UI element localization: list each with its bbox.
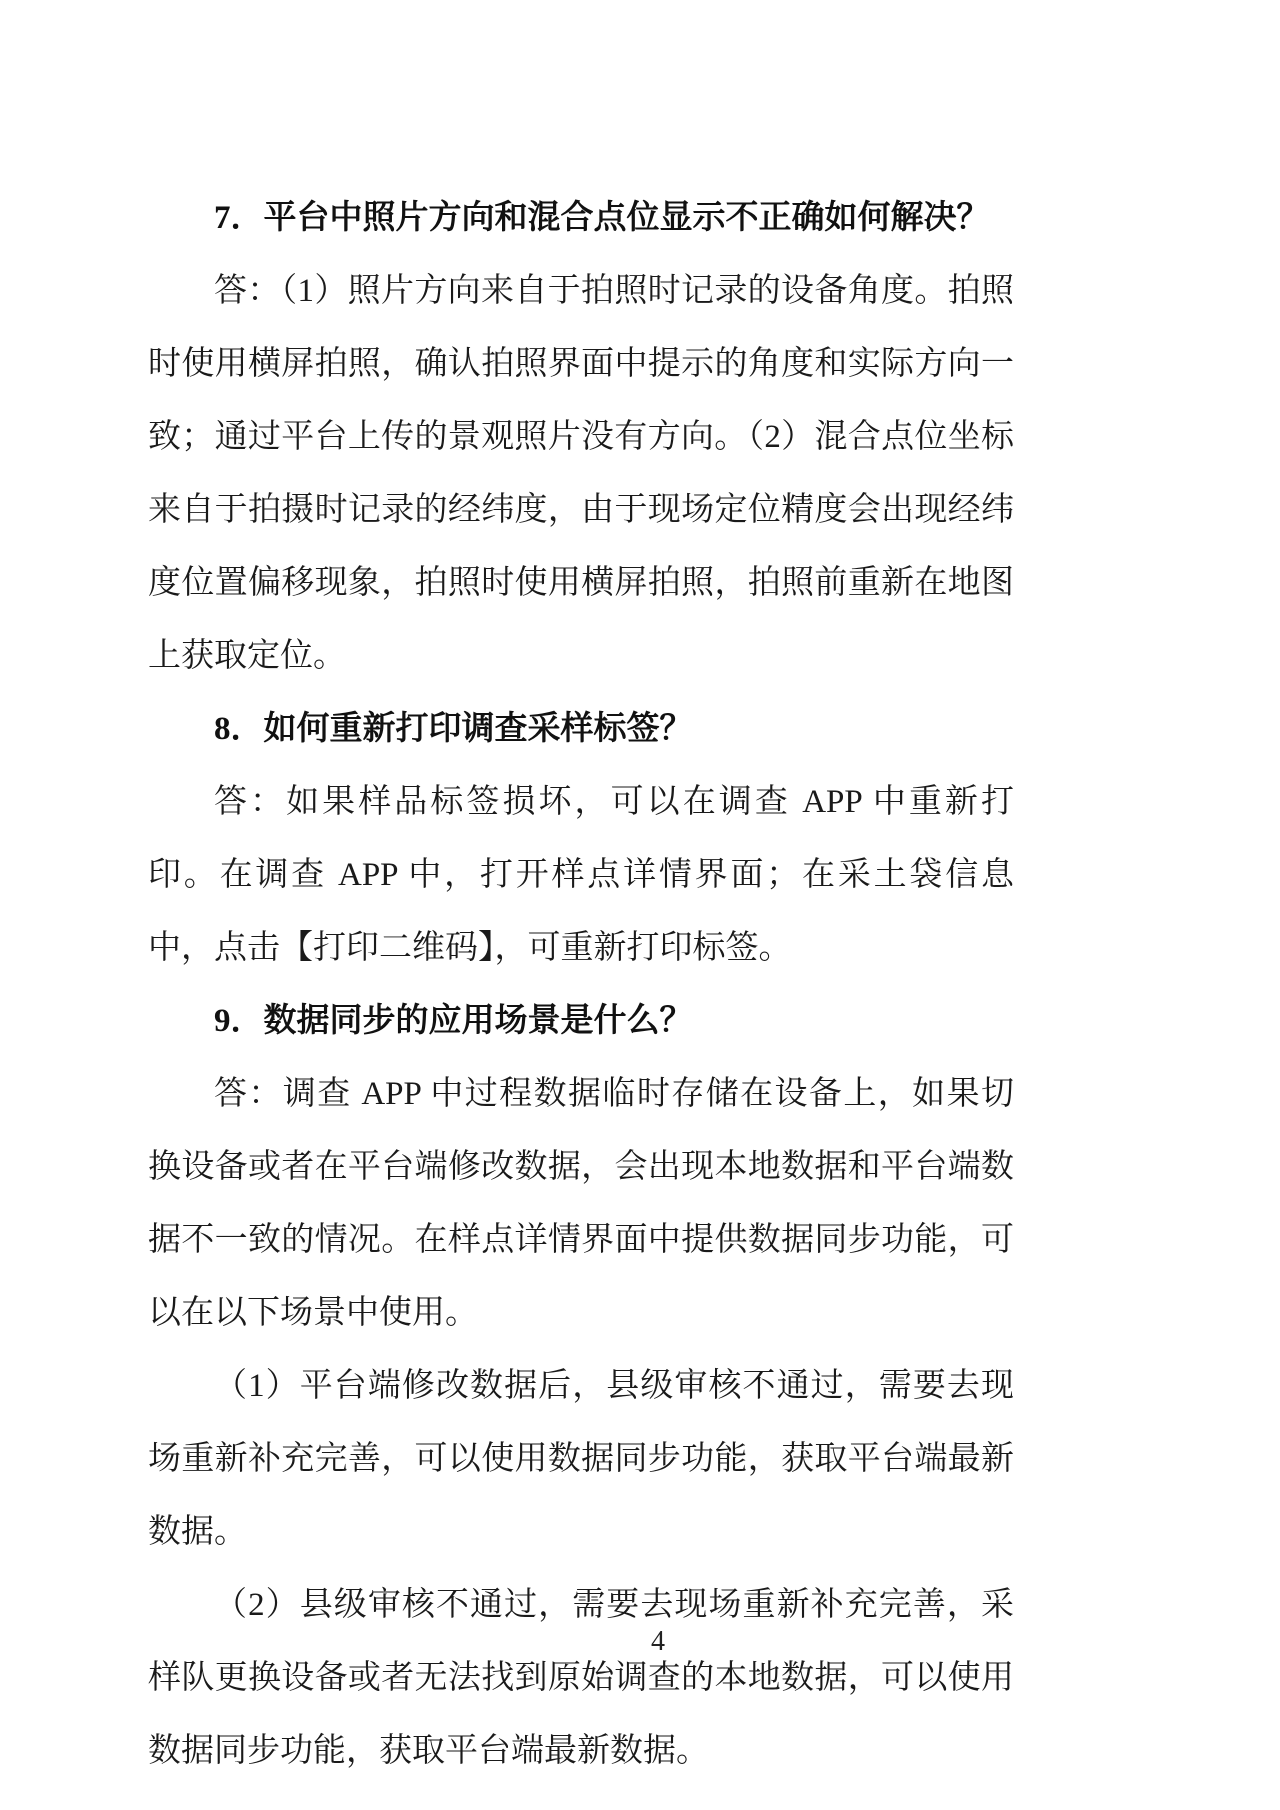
page-footer: 4 (0, 1622, 1280, 1662)
document-content: 7．平台中照片方向和混合点位显示不正确如何解决？ 答：（1）照片方向来自于拍照时… (148, 182, 1014, 1788)
section-7-answer-paragraph: 答：（1）照片方向来自于拍照时记录的设备角度。拍照时使用横屏拍照，确认拍照界面中… (148, 255, 1014, 693)
faq-section-9: 9．数据同步的应用场景是什么？ 答：调查 APP 中过程数据临时存储在设备上，如… (148, 985, 1014, 1788)
section-9-scenario-2-paragraph: （2）县级审核不通过，需要去现场重新补充完善，采样队更换设备或者无法找到原始调查… (148, 1569, 1014, 1788)
section-7-heading: 7．平台中照片方向和混合点位显示不正确如何解决？ (148, 182, 1014, 255)
section-8-heading: 8．如何重新打印调查采样标签？ (148, 693, 1014, 766)
faq-section-8: 8．如何重新打印调查采样标签？ 答：如果样品标签损坏，可以在调查 APP 中重新… (148, 693, 1014, 985)
section-9-heading: 9．数据同步的应用场景是什么？ (148, 985, 1014, 1058)
page-number: 4 (651, 1622, 665, 1662)
faq-section-7: 7．平台中照片方向和混合点位显示不正确如何解决？ 答：（1）照片方向来自于拍照时… (148, 182, 1014, 693)
section-9-scenario-1-paragraph: （1）平台端修改数据后，县级审核不通过，需要去现场重新补充完善，可以使用数据同步… (148, 1350, 1014, 1569)
document-page: 7．平台中照片方向和混合点位显示不正确如何解决？ 答：（1）照片方向来自于拍照时… (0, 0, 1280, 1810)
section-8-answer-paragraph: 答：如果样品标签损坏，可以在调查 APP 中重新打印。在调查 APP 中，打开样… (148, 766, 1014, 985)
section-9-answer-paragraph: 答：调查 APP 中过程数据临时存储在设备上，如果切换设备或者在平台端修改数据，… (148, 1058, 1014, 1350)
